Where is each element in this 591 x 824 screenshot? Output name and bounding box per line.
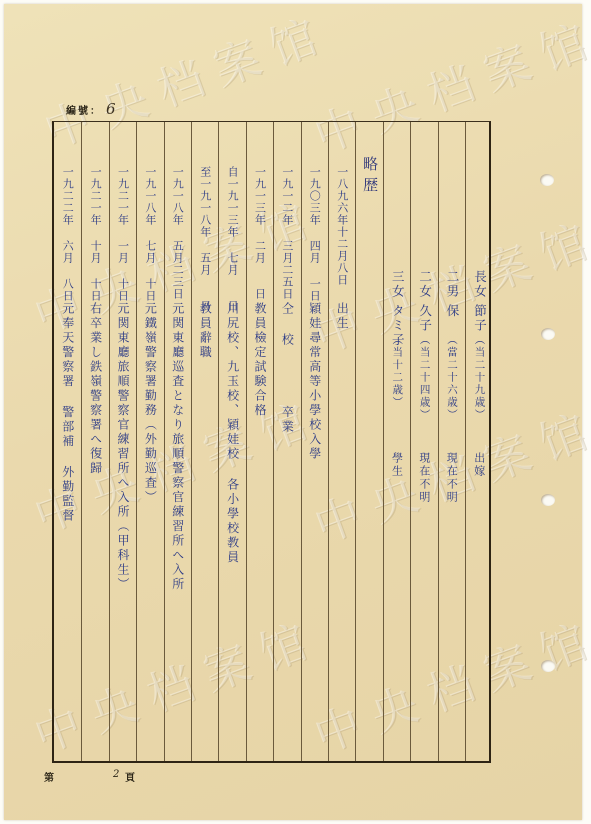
page-suffix: 頁 <box>125 769 135 784</box>
history-date: 一九一二年 三月二五日 <box>282 166 293 300</box>
history-event: 川尻校、九玉校、穎娃校 各小學校教員 <box>227 302 239 565</box>
history-event: 元関東廳旅順警察官練習所へ入所（甲科生） <box>117 302 129 592</box>
history-event: 右卒業し鉄嶺警察署へ復歸 <box>90 302 102 476</box>
family-name: 久子 <box>418 304 431 333</box>
family-status: 學生 <box>391 452 402 478</box>
history-date: 一九〇三年 四月 一日 <box>309 166 320 302</box>
history-event: 穎娃尋常高等小學校入學 <box>309 302 321 462</box>
section-title: 略歴 <box>362 156 377 198</box>
family-age: （当二十九歳） <box>474 334 485 422</box>
history-date: 一九二一年 一月 十日 <box>117 166 128 302</box>
grid-column: 一九二二年 六月 八日元奉天警察署 警部補 外勤監督 <box>54 122 81 761</box>
grid-column: 略歴 <box>355 122 382 761</box>
history-date: 一九一八年 五月二三日 <box>172 166 183 300</box>
grid-column: 一八九六年十二月八日出生 <box>328 122 355 761</box>
history-event: 教員檢定試験合格 <box>254 302 266 418</box>
grid-column: 二女久子（当二十四歳）現在不明 <box>410 122 437 761</box>
binder-hole <box>541 328 555 340</box>
grid-column: 一九一二年 三月二五日仝 校 卒業 <box>273 122 300 761</box>
history-date: 至一九一八年 五月 日 <box>200 166 211 312</box>
family-age: （當二十六歳） <box>447 334 458 422</box>
grid-column: 一九二一年 一月 十日元関東廳旅順警察官練習所へ入所（甲科生） <box>109 122 136 761</box>
grid-column: 一九一八年 七月 十日元鐵嶺警察署勤務（外勤巡査） <box>136 122 163 761</box>
binder-hole <box>541 494 555 506</box>
history-event: 仝 校 卒業 <box>281 302 293 435</box>
family-relation: 三女 <box>391 270 404 299</box>
grid-column: 一九〇三年 四月 一日穎娃尋常高等小學校入學 <box>301 122 328 761</box>
grid-column: 一九一三年 二月 日教員檢定試験合格 <box>246 122 273 761</box>
family-relation: 二女 <box>418 270 431 299</box>
family-status: 現在不明 <box>419 452 430 504</box>
family-relation: 長女 <box>473 270 486 299</box>
grid-column: 一九一八年 五月二三日元関東廳巡査となり旅順警察官練習所へ入所 <box>164 122 191 761</box>
history-event: 元奉天警察署 警部補 外勤監督 <box>62 302 74 524</box>
family-age: （当二十四歳） <box>419 334 430 422</box>
family-status: 現在不明 <box>446 452 457 504</box>
history-event: 元鐵嶺警察署勤務（外勤巡査） <box>144 302 156 505</box>
family-relation: 二男 <box>446 270 459 299</box>
binder-hole <box>541 660 555 672</box>
history-event: 教員辭職 <box>199 302 211 360</box>
family-name: 保 <box>446 304 459 319</box>
history-date: 一九二二年 六月 八日 <box>62 166 73 302</box>
ruled-grid: 一九二二年 六月 八日元奉天警察署 警部補 外勤監督一九二一年 十月 十日右卒業… <box>52 121 491 763</box>
serial-number: 編號：6 <box>66 100 118 118</box>
page-number: 2 <box>113 769 119 780</box>
history-event: 元関東廳巡査となり旅順警察官練習所へ入所 <box>172 302 184 592</box>
grid-column: 至一九一八年 五月 日教員辭職 <box>191 122 218 761</box>
grid-column: 長女節子（当二十九歳）出嫁 <box>465 122 492 761</box>
serial-label: 編號： <box>66 106 102 117</box>
serial-value: 6 <box>106 100 118 118</box>
grid-column: 二男保（當二十六歳）現在不明 <box>438 122 465 761</box>
family-name: 節子 <box>473 304 486 333</box>
family-status: 出嫁 <box>474 452 485 478</box>
history-date: 一八九六年十二月八日 <box>337 166 348 286</box>
grid-column: 一九二一年 十月 十日右卒業し鉄嶺警察署へ復歸 <box>81 122 108 761</box>
history-event: 出生 <box>336 302 348 331</box>
history-date: 一九一三年 二月 日 <box>254 166 265 300</box>
grid-column: 自一九一三年 七月 日川尻校、九玉校、穎娃校 各小學校教員 <box>218 122 245 761</box>
page-prefix: 第 <box>44 769 54 784</box>
history-date: 一九一八年 七月 十日 <box>145 166 156 302</box>
grid-column: 三女タミ子（当十二歳）學生 <box>383 122 410 761</box>
binder-hole <box>540 174 554 186</box>
history-date: 一九二一年 十月 十日 <box>90 166 101 302</box>
family-age: （当十二歳） <box>392 334 403 409</box>
history-date: 自一九一三年 七月 日 <box>227 166 238 312</box>
